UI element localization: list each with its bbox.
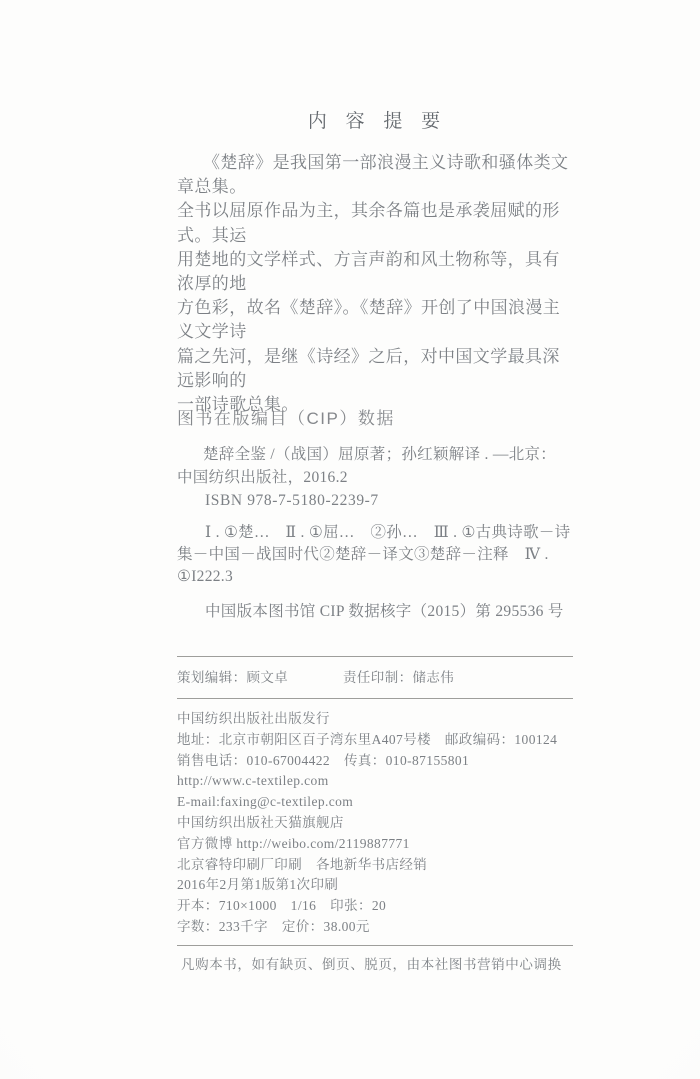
cip-classification: Ⅰ . ①楚… Ⅱ . ①屈… ②孙… Ⅲ . ①古典诗歌－诗 集－中国－战国时… (177, 522, 573, 588)
cip-publisher-line: 中国纺织出版社，2016.2 (177, 466, 573, 489)
print-supervisor: 责任印制：储志伟 (343, 670, 454, 685)
paragraph-line: 《楚辞》是我国第一部浪漫主义诗歌和骚体类文章总集。 (177, 151, 573, 199)
publisher-phone-line: 销售电话：010-67004422 传真：010-87155801 (177, 751, 573, 772)
credits-row: 策划编辑：顾文卓责任印制：储志伟 (177, 668, 573, 688)
publisher-website-line: http://www.c-textilep.com (177, 771, 573, 792)
publisher-address-line: 地址：北京市朝阳区百子湾东里A407号楼 邮政编码：100124 (177, 730, 573, 751)
paragraph-line: 篇之先河，是继《诗经》之后，对中国文学最具深远影响的 (177, 345, 573, 393)
cip-record-line: 中国版本图书馆 CIP 数据核字（2015）第 295536 号 (177, 601, 573, 623)
purchase-notice: 凡购本书，如有缺页、倒页、脱页，由本社图书营销中心调换 (177, 956, 573, 974)
printer-distributor-line: 北京睿特印刷厂印刷 各地新华书店经销 (177, 855, 573, 876)
publisher-tmall-line: 中国纺织出版社天猫旗舰店 (177, 813, 573, 834)
classification-line: Ⅰ . ①楚… Ⅱ . ①屈… ②孙… Ⅲ . ①古典诗歌－诗 (177, 522, 573, 544)
summary-paragraph: 《楚辞》是我国第一部浪漫主义诗歌和骚体类文章总集。 全书以屈原作品为主，其余各篇… (177, 151, 573, 417)
book-copyright-page: 内 容 提 要 《楚辞》是我国第一部浪漫主义诗歌和骚体类文章总集。 全书以屈原作… (0, 0, 700, 1079)
divider-bottom (177, 945, 573, 946)
classification-line: ①I222.3 (177, 566, 573, 588)
publisher-email-line: E-mail:faxing@c-textilep.com (177, 792, 573, 813)
divider-middle (177, 698, 573, 699)
publisher-weibo-line: 官方微博 http://weibo.com/2119887771 (177, 834, 573, 855)
cip-block: 楚辞全鉴 /（战国）屈原著；孙红颖解译 . —北京： 中国纺织出版社，2016.… (177, 443, 573, 512)
price-line: 字数：233千字 定价：38.00元 (177, 917, 573, 938)
divider-top (177, 656, 573, 657)
publisher-line: 中国纺织出版社出版发行 (177, 709, 573, 730)
edition-line: 2016年2月第1版第1次印刷 (177, 875, 573, 896)
paragraph-line: 方色彩，故名《楚辞》。《楚辞》开创了中国浪漫主义文学诗 (177, 296, 573, 344)
paragraph-line: 全书以屈原作品为主，其余各篇也是承袭屈赋的形式。其运 (177, 199, 573, 247)
isbn-line: ISBN 978-7-5180-2239-7 (177, 489, 573, 512)
format-line: 开本：710×1000 1/16 印张：20 (177, 896, 573, 917)
summary-heading: 内 容 提 要 (177, 109, 573, 135)
classification-line: 集－中国－战国时代②楚辞－译文③楚辞－注释 Ⅳ . (177, 544, 573, 566)
cip-heading: 图书在版编目（CIP）数据 (177, 407, 573, 431)
publisher-info: 中国纺织出版社出版发行 地址：北京市朝阳区百子湾东里A407号楼 邮政编码：10… (177, 709, 573, 938)
paragraph-line: 用楚地的文学样式、方言声韵和风土物称等，具有浓厚的地 (177, 248, 573, 296)
planning-editor: 策划编辑：顾文卓 (177, 668, 343, 688)
cip-title-line: 楚辞全鉴 /（战国）屈原著；孙红颖解译 . —北京： (177, 443, 573, 466)
